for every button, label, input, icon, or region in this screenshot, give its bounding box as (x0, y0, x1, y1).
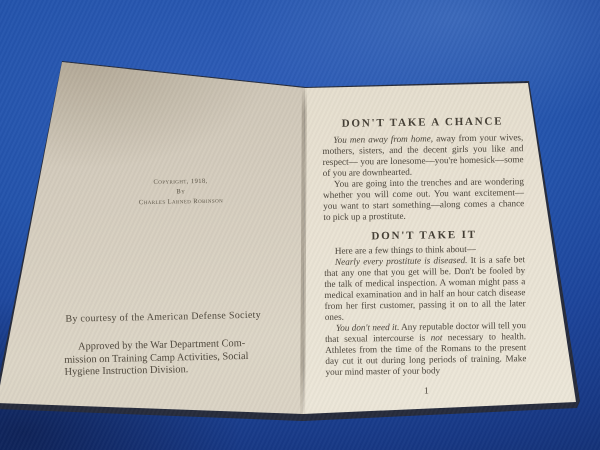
italic-word-not: not (431, 332, 443, 342)
italic-lead: You don't need it. (336, 322, 400, 333)
italic-lead: Nearly every prostitute is diseased. (335, 255, 468, 267)
right-page-content: DON'T TAKE A CHANCE You men away from ho… (322, 115, 527, 398)
page-number: 1 (326, 385, 527, 398)
copyright-notice: Copyright, 1918, By Charles Larned Robin… (120, 176, 241, 209)
italic-lead: You men away from home, (333, 133, 433, 144)
paragraph-dont-need-it: You don't need it. Any reputable doctor … (325, 320, 527, 378)
approval-note: Approved by the War Department Com- miss… (64, 337, 283, 379)
paragraph-away-from-home: You men away from home, away from your w… (322, 132, 524, 179)
courtesy-line: By courtesy of the American Defense Soci… (65, 310, 261, 325)
copyright-line: Charles Larned Robinson (121, 196, 241, 209)
heading-dont-take-it: DON'T TAKE IT (324, 228, 525, 243)
photo-scene: Copyright, 1918, By Charles Larned Robin… (0, 0, 600, 450)
heading-dont-take-a-chance: DON'T TAKE A CHANCE (322, 115, 523, 130)
paragraph-diseased: Nearly every prostitute is diseased. It … (324, 254, 526, 323)
paragraph-trenches: You are going into the trenches and are … (323, 176, 525, 223)
